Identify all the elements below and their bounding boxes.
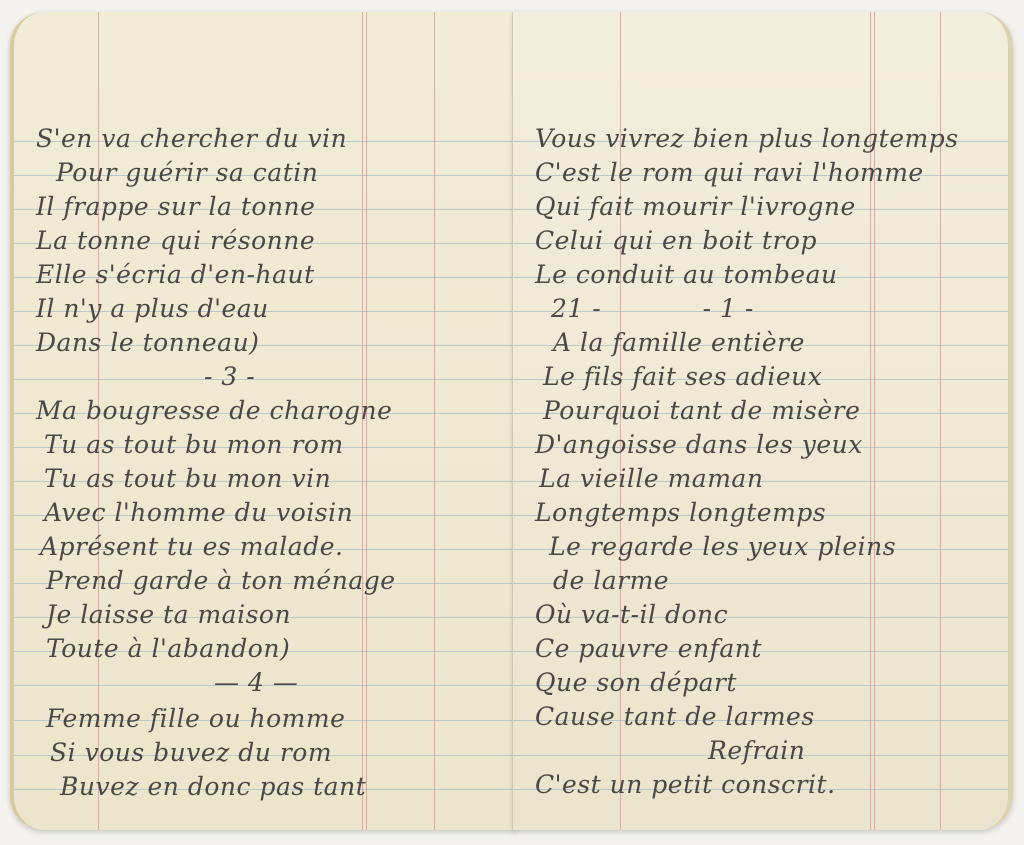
text-line: Le regarde les yeux pleins: [549, 532, 896, 562]
text-line: Elle s'écria d'en-haut: [36, 260, 315, 290]
verse-number: 21 - - 1 -: [551, 294, 754, 324]
text-line: C'est le rom qui ravi l'homme: [535, 158, 924, 188]
text-line: Qui fait mourir l'ivrogne: [535, 192, 856, 222]
text-line: Si vous buvez du rom: [50, 738, 332, 768]
text-line: Aprésent tu es malade.: [40, 532, 343, 562]
text-line: Cause tant de larmes: [535, 702, 815, 732]
open-notebook: S'en va chercher du vin Pour guérir sa c…: [10, 12, 1008, 830]
text-line: Le fils fait ses adieux: [543, 362, 822, 392]
margin-line: [434, 12, 435, 830]
text-line: Femme fille ou homme: [46, 704, 345, 734]
text-line: Tu as tout bu mon vin: [44, 464, 331, 494]
text-line: Je laisse ta maison: [46, 600, 291, 630]
text-line: La tonne qui résonne: [36, 226, 315, 256]
verse-number: — 4 —: [214, 668, 298, 698]
text-line: Pourquoi tant de misère: [543, 396, 860, 426]
refrain-heading: Refrain: [708, 736, 805, 766]
text-line: Il n'y a plus d'eau: [36, 294, 269, 324]
text-line: de larme: [553, 566, 669, 596]
verse-number: - 3 -: [204, 362, 255, 392]
text-line: Toute à l'abandon): [46, 634, 290, 664]
text-line: Ma bougresse de charogne: [36, 396, 392, 426]
text-line: La vieille maman: [539, 464, 763, 494]
rule-line: [14, 379, 517, 380]
text-line: Tu as tout bu mon rom: [44, 430, 344, 460]
text-line: A la famille entière: [553, 328, 805, 358]
text-line: Longtemps longtemps: [535, 498, 826, 528]
text-line: Pour guérir sa catin: [56, 158, 318, 188]
text-line: C'est un petit conscrit.: [535, 770, 836, 800]
text-line: Où va-t-il donc: [535, 600, 728, 630]
text-line: Dans le tonneau): [36, 328, 259, 358]
text-line: Que son départ: [535, 668, 737, 698]
text-line: Vous vivrez bien plus longtemps: [535, 124, 959, 154]
text-line: D'angoisse dans les yeux: [535, 430, 863, 460]
text-line: Le conduit au tombeau: [535, 260, 838, 290]
text-line: Buvez en donc pas tant: [60, 772, 366, 802]
text-line: Prend garde à ton ménage: [46, 566, 396, 596]
left-page: S'en va chercher du vin Pour guérir sa c…: [10, 12, 517, 830]
right-page: Vous vivrez bien plus longtemps C'est le…: [513, 12, 1013, 830]
text-line: Celui qui en boit trop: [535, 226, 817, 256]
text-line: Il frappe sur la tonne: [36, 192, 315, 222]
text-line: Ce pauvre enfant: [535, 634, 762, 664]
text-line: Avec l'homme du voisin: [44, 498, 353, 528]
text-line: S'en va chercher du vin: [36, 124, 347, 154]
